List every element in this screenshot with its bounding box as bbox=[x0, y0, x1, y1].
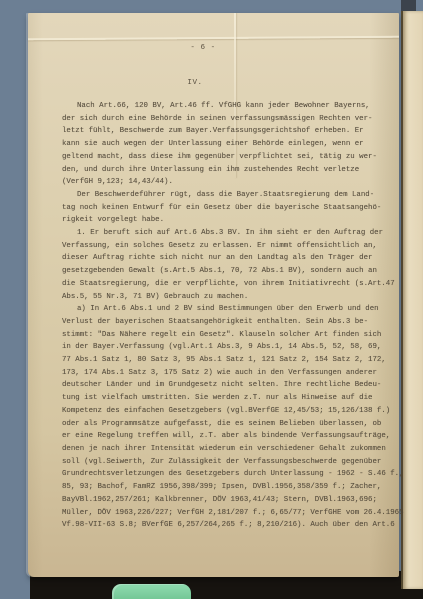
paragraph: Nach Art.66, 120 BV, Art.46 ff. VfGHG ka… bbox=[62, 100, 396, 189]
text-line: Müller, DÖV 1963,226/227; VerfGH 2,181/2… bbox=[62, 507, 396, 520]
paragraph: 1. Er beruft sich auf Art.6 Abs.3 BV. In… bbox=[62, 227, 396, 303]
text-line: 1. Er beruft sich auf Art.6 Abs.3 BV. In… bbox=[77, 227, 396, 240]
text-line: letzt fühlt, Beschwerde zum Bayer.Verfas… bbox=[62, 125, 396, 138]
text-line: dieser Auftrag richte sich nicht nur an … bbox=[62, 252, 396, 265]
text-line: in der Bayer.Verfassung (vgl.Art.1 Abs.3… bbox=[62, 341, 396, 354]
text-line: die Staatsregierung, die er verpflichte,… bbox=[62, 278, 396, 291]
text-line: deutscher Länder und im Grundgesetz nich… bbox=[62, 379, 396, 392]
body-text: Nach Art.66, 120 BV, Art.46 ff. VfGHG ka… bbox=[62, 100, 396, 532]
text-line: 173, 174 Abs.1 Satz 3, 175 Satz 2) wie a… bbox=[62, 367, 396, 380]
text-line: Vf.98-VII-63 S.8; BVerfGE 6,257/264,265 … bbox=[62, 519, 396, 532]
binder-corner-shadow bbox=[401, 0, 416, 11]
text-line: tag noch keinen Entwurf für ein Gesetz ü… bbox=[62, 202, 396, 215]
page-number: - 6 - bbox=[28, 44, 378, 52]
text-line: kann sie auch wegen der Unterlassung ein… bbox=[62, 138, 396, 151]
text-line: soll (vgl.Seiwerth, Zur Zulässigkeit der… bbox=[62, 456, 396, 469]
text-line: 85, 93; Bachof, FamRZ 1956,398/399; Ipse… bbox=[62, 481, 396, 494]
text-line: denen je nach ihrer Intensität wiederum … bbox=[62, 443, 396, 456]
paragraph: Der Beschwerdeführer rügt, dass die Baye… bbox=[62, 189, 396, 227]
bookmark-tab bbox=[112, 584, 191, 599]
text-line: stimmt: "Das Nähere regelt ein Gesetz". … bbox=[62, 329, 396, 342]
text-line: oder als Programmsätze aufgefasst, die e… bbox=[62, 418, 396, 431]
section-heading: IV. bbox=[28, 79, 362, 87]
paragraph: a) In Art.6 Abs.1 und 2 BV sind Bestimmu… bbox=[62, 303, 396, 532]
text-line: tung ist vielfach umstritten. Sie werden… bbox=[62, 392, 396, 405]
text-line: Nach Art.66, 120 BV, Art.46 ff. VfGHG ka… bbox=[77, 100, 396, 113]
text-line: Grundrechtsverletzungen des Gesetzgebers… bbox=[62, 468, 396, 481]
scanned-document-photo: - 6 - IV. Nach Art.66, 120 BV, Art.46 ff… bbox=[0, 0, 423, 599]
text-line: a) In Art.6 Abs.1 und 2 BV sind Bestimmu… bbox=[77, 303, 396, 316]
document-page: - 6 - IV. Nach Art.66, 120 BV, Art.46 ff… bbox=[28, 13, 399, 577]
text-line: (VerfGH 9,123; 14,43/44). bbox=[62, 176, 396, 189]
text-line: Kompetenz des einfachen Gesetzgebers (vg… bbox=[62, 405, 396, 418]
text-line: rigkeit vorgelegt habe. bbox=[62, 214, 396, 227]
text-line: er eine Regelung treffen will, z.T. aber… bbox=[62, 430, 396, 443]
text-line: der sich durch eine Behörde in seinen ve… bbox=[62, 113, 396, 126]
text-line: Der Beschwerdeführer rügt, dass die Baye… bbox=[77, 189, 396, 202]
text-line: Verfassung, ein solches Gesetz zu erlass… bbox=[62, 240, 396, 253]
text-line: Abs.5, 55 Nr.3, 71 BV) Gebrauch zu mache… bbox=[62, 291, 396, 304]
text-line: Verlust der bayerischen Staatsangehörigk… bbox=[62, 316, 396, 329]
text-line: den, und durch ihre Unterlassung ein ihm… bbox=[62, 164, 396, 177]
text-line: geltend macht, dass diese ihm gegenüber … bbox=[62, 151, 396, 164]
text-line: 77 Abs.1 Satz 1, 80 Satz 3, 95 Abs.1 Sat… bbox=[62, 354, 396, 367]
text-line: gesetzgebenden Gewalt (s.Art.5 Abs.1, 70… bbox=[62, 265, 396, 278]
text-line: BayVBl.1962,257/261; Kalkbrenner, DÖV 19… bbox=[62, 494, 396, 507]
adjacent-page-edge bbox=[401, 11, 423, 589]
horizontal-crease bbox=[28, 36, 399, 41]
